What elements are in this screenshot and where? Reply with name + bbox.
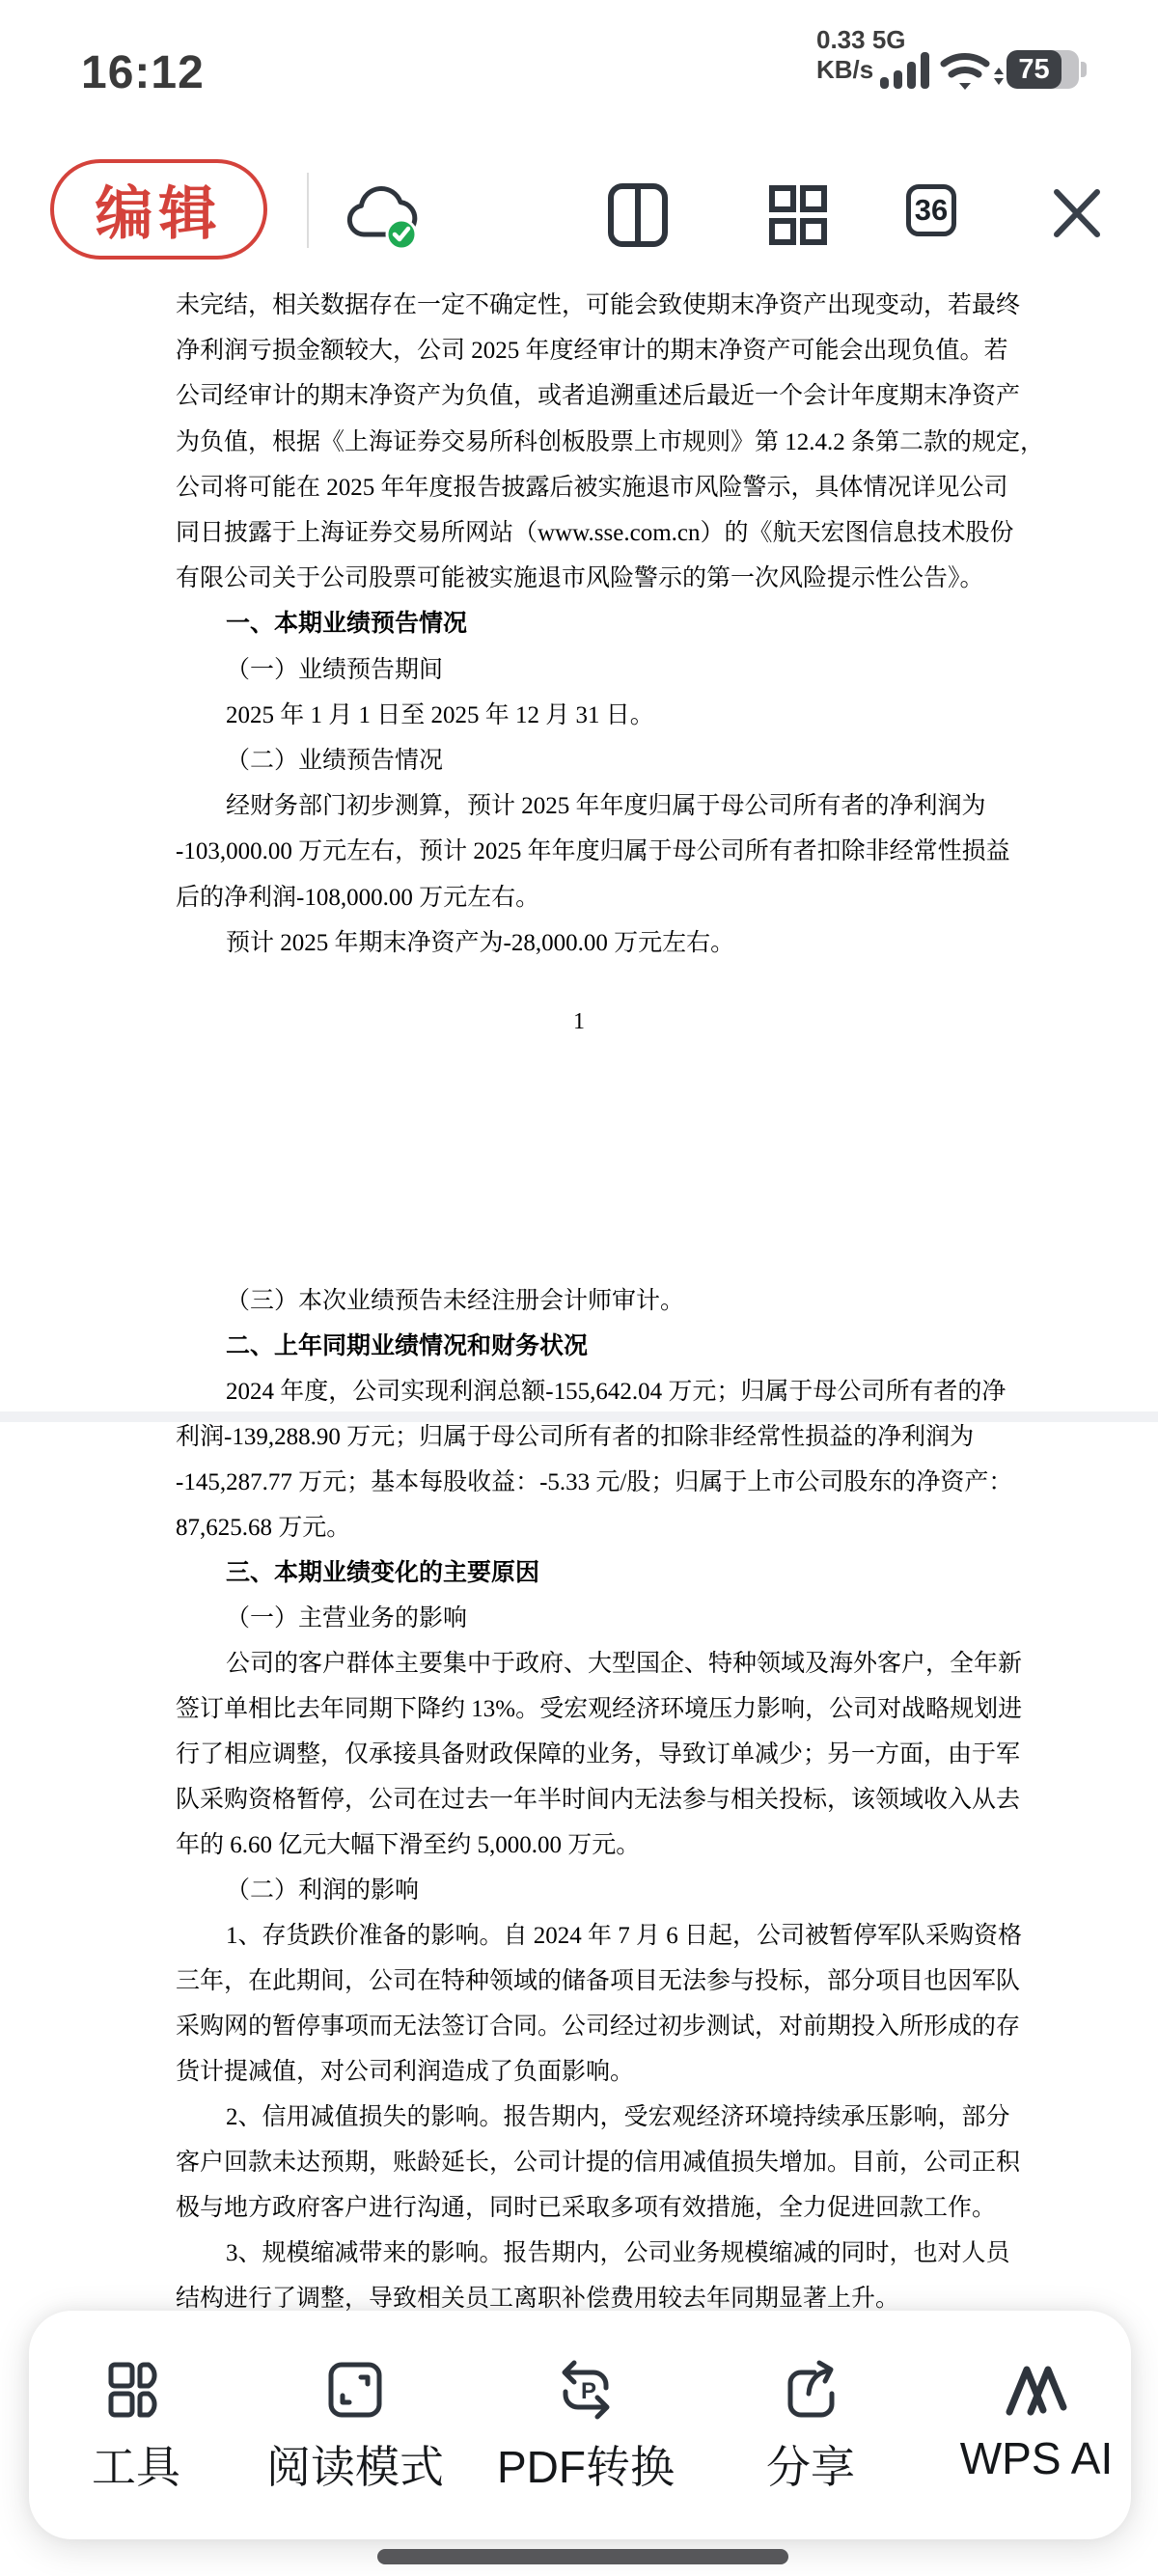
battery-nub: [1081, 62, 1087, 77]
document-line: 三、本期业绩变化的主要原因: [226, 1557, 539, 1589]
tools-label: 工具: [92, 2432, 180, 2496]
document-line: 公司经审计的期末净资产为负值，或者追溯重述后最近一个会计年度期末净资产: [176, 380, 1020, 412]
share-label: 分享: [766, 2432, 855, 2496]
document-line: 经财务部门初步测算，预计 2025 年年度归属于母公司所有者的净利润为: [226, 790, 986, 822]
reading-mode-icon: [324, 2359, 386, 2421]
document-line: 预计 2025 年期末净资产为-28,000.00 万元左右。: [226, 927, 734, 959]
document-line: （一）业绩预告期间: [226, 654, 443, 686]
clock: 16:12: [81, 46, 205, 99]
cloud-sync-icon: [341, 177, 424, 256]
cellular-signal-icon: [878, 48, 932, 91]
toolbar-divider: [307, 173, 309, 248]
document-line: 采购网的暂停事项而无法签订合同。公司经过初步测试，对前期投入所形成的存: [176, 2011, 1020, 2042]
document-line: 队采购资格暂停，公司在过去一年半时间内无法参与相关投标，该领域收入从去: [176, 1784, 1020, 1816]
wps-ai-label: WPS AI: [960, 2432, 1113, 2484]
top-toolbar: 编辑 36: [0, 159, 1158, 287]
document-line: 客户回款未达预期，账龄延长，公司计提的信用减值损失增加。目前，公司正积: [176, 2147, 1020, 2179]
document-line: 签订单相比去年同期下降约 13%。受宏观经济环境压力影响，公司对战略规划进: [176, 1693, 1022, 1725]
document-line: 行了相应调整，仅承接具备财政保障的业务，导致订单减少；另一方面，由于军: [176, 1739, 1020, 1770]
document-line: 利润-139,288.90 万元；归属于母公司所有者的扣除非经常性损益的净利润为: [176, 1421, 974, 1453]
pdf-convert-icon: P: [555, 2359, 617, 2421]
wps-pdf-viewer-screen: 16:12 0.33 5G KB/s 75 编辑: [0, 0, 1158, 2576]
document-line: 三年，在此期间，公司在特种领域的储备项目无法参与投标，部分项目也因军队: [176, 1965, 1020, 1997]
document-line: 公司将可能在 2025 年年度报告披露后被实施退市风险警示，具体情况详见公司: [176, 472, 1008, 504]
document-line: 2、信用减值损失的影响。报告期内，受宏观经济环境持续承压影响，部分: [226, 2101, 1010, 2133]
document-line: （二）利润的影响: [226, 1875, 419, 1906]
wps-ai-icon: [1002, 2359, 1071, 2421]
document-line: 货计提减值，对公司利润造成了负面影响。: [176, 2056, 634, 2088]
grid-view-button[interactable]: [768, 184, 828, 246]
share-icon: [780, 2359, 841, 2421]
document-line: 87,625.68 万元。: [176, 1512, 350, 1544]
reading-mode-label: 阅读模式: [266, 2432, 444, 2496]
document-line: 公司的客户群体主要集中于政府、大型国企、特种领域及海外客户，全年新: [226, 1648, 1022, 1680]
document-line: 后的净利润-108,000.00 万元左右。: [176, 882, 539, 914]
document-line: 有限公司关于公司股票可能被实施退市风险警示的第一次风险提示性公告》。: [176, 562, 984, 594]
pdf-convert-label: PDF转换: [497, 2432, 675, 2496]
document-line: （三）本次业绩预告未经注册会计师审计。: [226, 1285, 684, 1317]
document-line: -103,000.00 万元左右，预计 2025 年年度归属于母公司所有者扣除非…: [176, 836, 1010, 867]
split-view-button[interactable]: [607, 182, 669, 248]
svg-text:P: P: [581, 2378, 596, 2404]
wifi-icon: [940, 46, 1006, 91]
document-line: 3、规模缩减带来的影响。报告期内，公司业务规模缩减的同时，也对人员: [226, 2237, 1010, 2269]
document-line: （二）业绩预告情况: [226, 745, 443, 777]
cloud-sync-button[interactable]: [341, 177, 424, 256]
document-line: 2024 年度，公司实现利润总额-155,642.04 万元；归属于母公司所有者…: [226, 1376, 1006, 1408]
home-indicator[interactable]: [377, 2549, 788, 2564]
document-line: 为负值，根据《上海证券交易所科创板股票上市规则》第 12.4.2 条第二款的规定…: [176, 426, 1044, 458]
close-icon: [1049, 184, 1105, 242]
document-line: （一）主营业务的影响: [226, 1603, 467, 1634]
grid-view-icon: [768, 184, 828, 246]
wps-ai-button[interactable]: WPS AI: [928, 2359, 1144, 2484]
page-count-badge: 36: [915, 193, 948, 228]
split-view-icon: [607, 182, 669, 248]
bottom-toolbar: 工具 阅读模式 P PDF转换: [29, 2311, 1131, 2539]
document-line: 一、本期业绩预告情况: [226, 608, 467, 640]
page-number: 1: [0, 1009, 1158, 1035]
document-line: 未完结，相关数据存在一定不确定性，可能会致使期末净资产出现变动，若最终: [176, 289, 1020, 321]
document-line: 同日披露于上海证券交易所网站（www.sse.com.cn）的《航天宏图信息技术…: [176, 517, 1013, 549]
status-bar: 16:12 0.33 5G KB/s 75: [0, 0, 1158, 159]
document-line: 2025 年 1 月 1 日至 2025 年 12 月 31 日。: [226, 699, 654, 731]
pdf-convert-button[interactable]: P PDF转换: [478, 2359, 694, 2496]
tools-button[interactable]: 工具: [28, 2359, 244, 2496]
page-count-button[interactable]: 36: [906, 184, 956, 236]
document-line: 年的 6.60 亿元大幅下滑至约 5,000.00 万元。: [176, 1829, 640, 1861]
pdf-page-1: 1 未完结，相关数据存在一定不确定性，可能会致使期末净资产出现变动，若最终净利润…: [0, 286, 1158, 1126]
battery-icon: 75: [1006, 50, 1079, 89]
document-scroll-area[interactable]: 1 未完结，相关数据存在一定不确定性，可能会致使期末净资产出现变动，若最终净利润…: [0, 286, 1158, 2576]
battery-percent: 75: [1006, 50, 1061, 89]
document-line: 二、上年同期业绩情况和财务状况: [226, 1330, 588, 1362]
document-line: 净利润亏损金额较大，公司 2025 年度经审计的期末净资产可能会出现负值。若: [176, 335, 1008, 367]
close-button[interactable]: [1049, 184, 1105, 242]
tools-grid-icon: [105, 2359, 167, 2421]
share-button[interactable]: 分享: [703, 2359, 919, 2496]
document-line: 极与地方政府客户进行沟通，同时已采取多项有效措施，全力促进回款工作。: [176, 2192, 996, 2224]
edit-button[interactable]: 编辑: [50, 159, 267, 260]
document-line: 1、存货跌价准备的影响。自 2024 年 7 月 6 日起，公司被暂停军队采购资…: [226, 1920, 1022, 1952]
document-line: -145,287.77 万元；基本每股收益：-5.33 元/股；归属于上市公司股…: [176, 1466, 1012, 1498]
reading-mode-button[interactable]: 阅读模式: [247, 2359, 463, 2496]
